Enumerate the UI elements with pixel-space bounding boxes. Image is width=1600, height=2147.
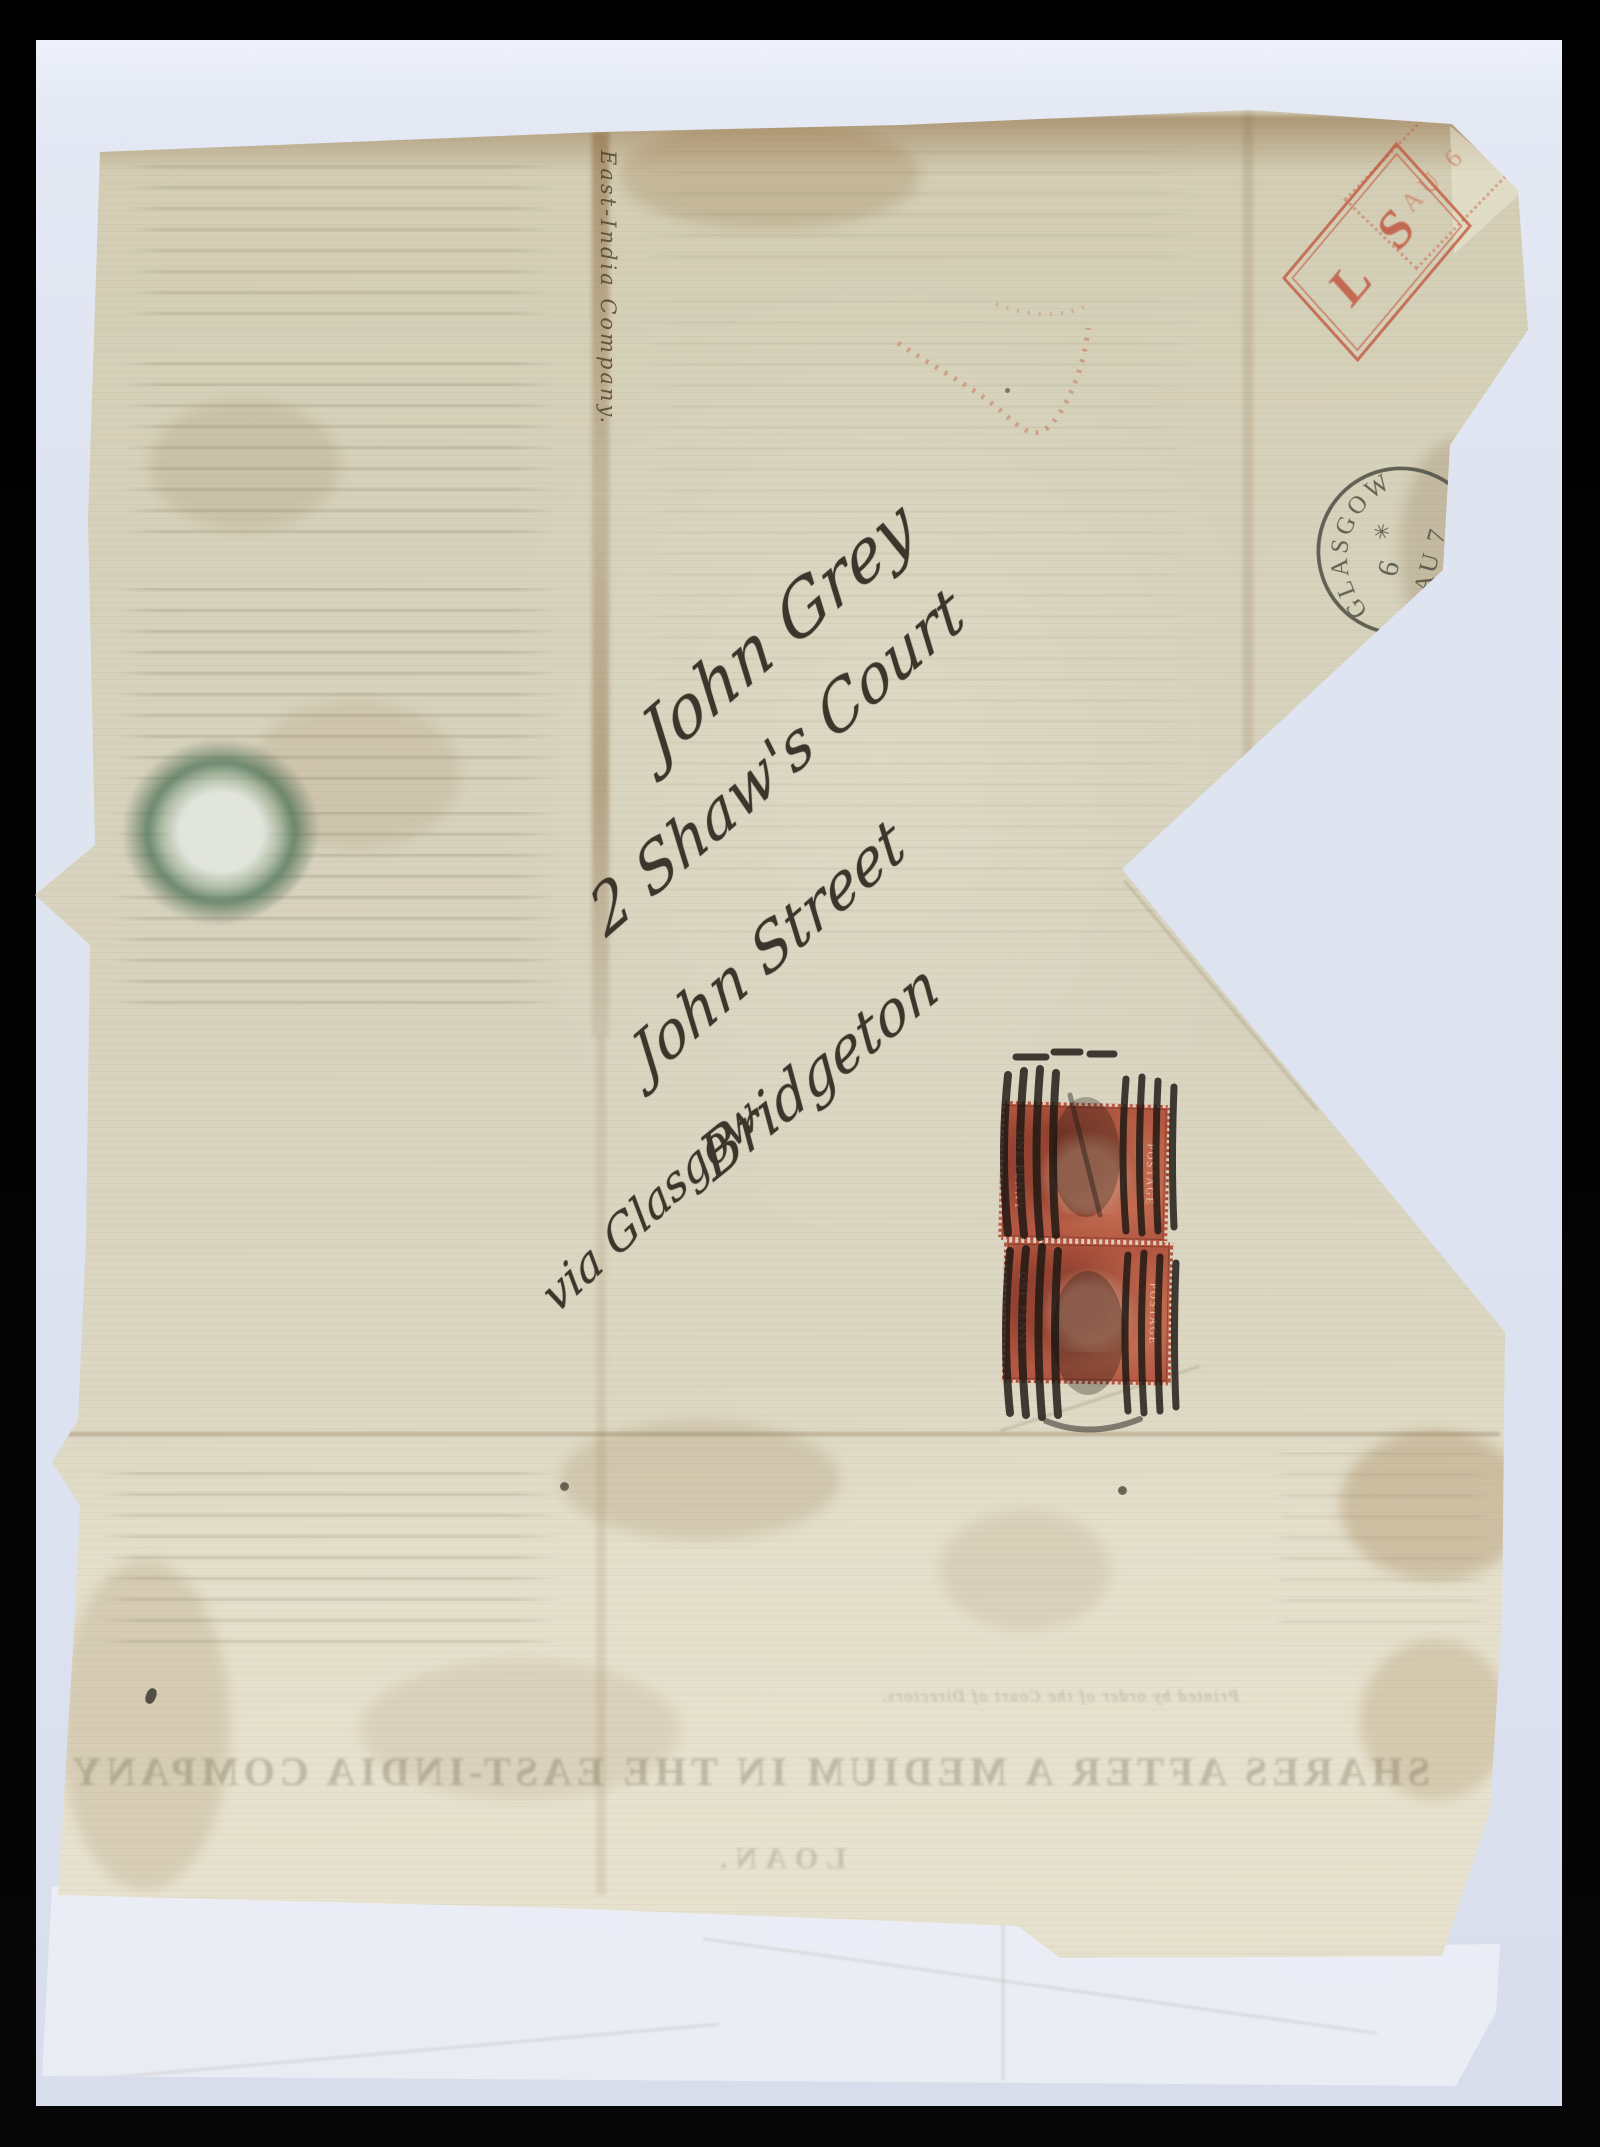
show-through-heading: SHARES AFTER A MEDIUM IN THE EAST-INDIA …	[0, 1748, 1430, 1795]
punch-hole	[560, 1482, 569, 1491]
barred-cancel	[950, 1035, 1220, 1435]
show-through-text-block	[100, 1472, 560, 1644]
flap-crease	[61, 2023, 719, 2083]
show-through-imprint: Printed by order of the Court of Directo…	[880, 1688, 1239, 1706]
show-through-text-block	[1272, 1452, 1492, 1642]
stain-blotch	[940, 1510, 1110, 1630]
stain-blotch	[560, 1420, 840, 1540]
svg-text:GLASGOW: GLASGOW	[1307, 458, 1408, 628]
show-through-text-block	[640, 150, 1200, 270]
cds-number: 6	[1371, 557, 1406, 579]
paper-speck	[1005, 388, 1010, 393]
flap-crease	[1002, 1920, 1004, 2080]
cds-star: ✳	[1370, 521, 1396, 543]
horizontal-crease	[60, 1432, 1500, 1436]
show-through-text-block	[124, 362, 556, 544]
handstamp-date: AU 6	[1395, 139, 1473, 218]
show-through-text-block	[130, 165, 550, 315]
printed-sender-line: East-India Company.	[596, 150, 620, 620]
punch-hole	[1118, 1486, 1127, 1495]
cds-town: GLASGOW	[1307, 458, 1408, 628]
red-crayon-mark	[878, 288, 1168, 498]
photo-of-postal-cover: East-India Company. L S AU 6 GLASGOW 6 ✳…	[0, 0, 1600, 2147]
show-through-word: LOAN.	[712, 1842, 846, 1876]
